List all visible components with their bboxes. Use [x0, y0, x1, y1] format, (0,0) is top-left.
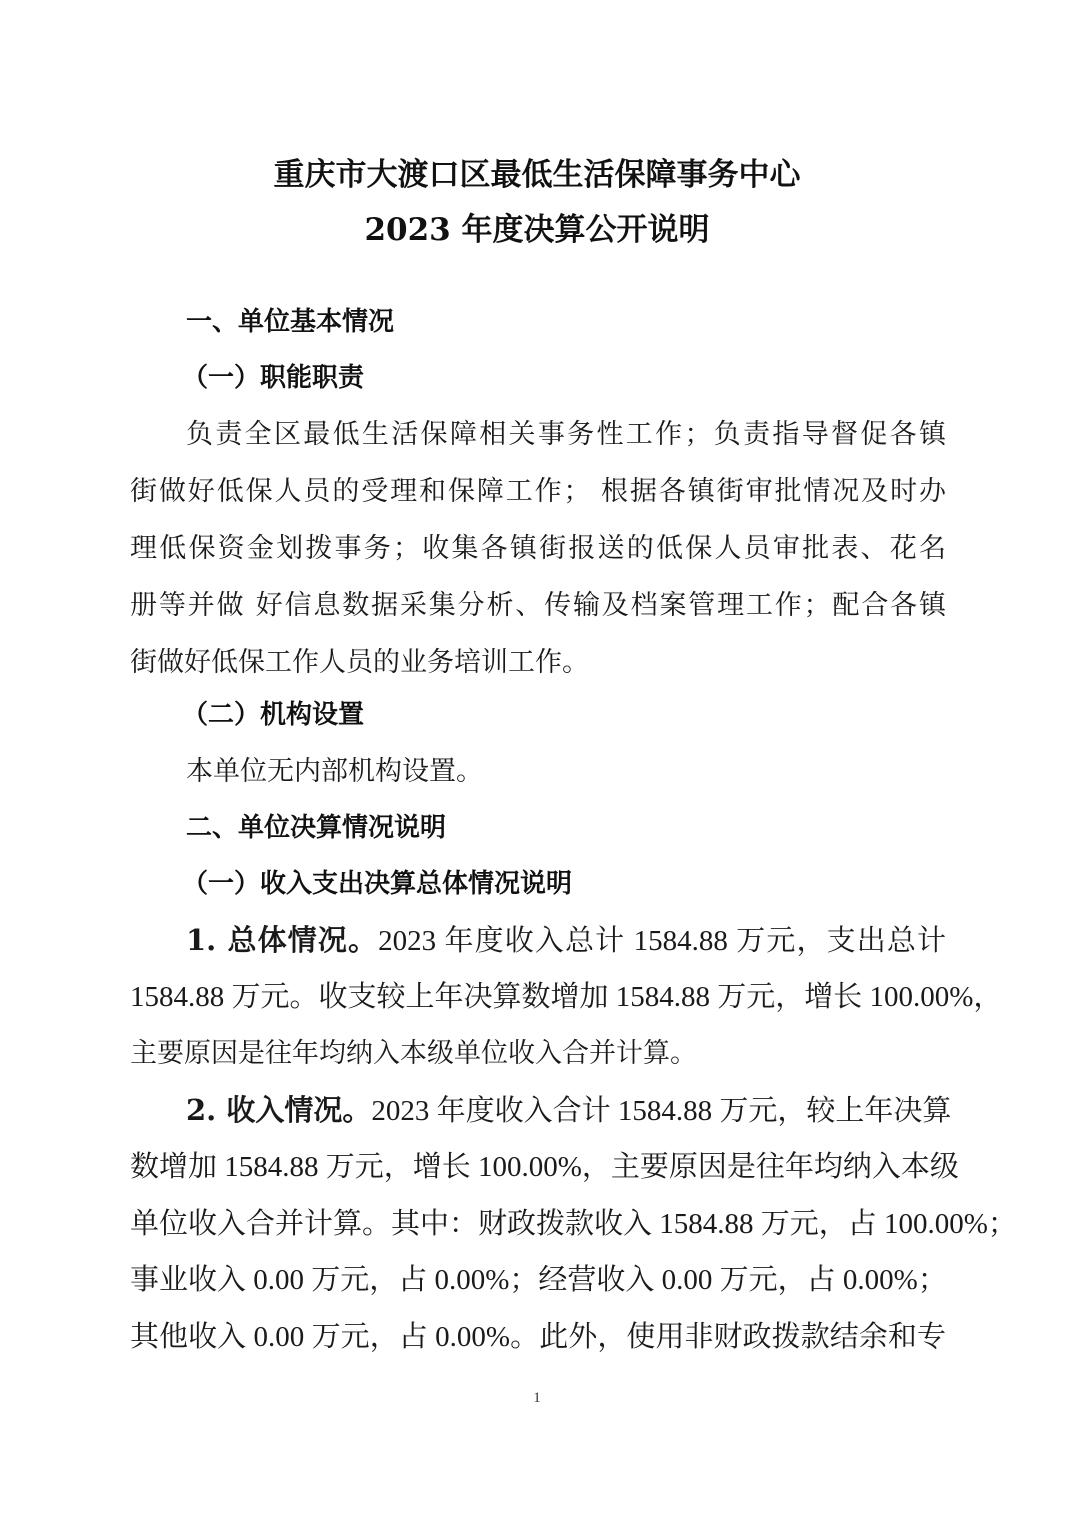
page-number: 1	[0, 1390, 1074, 1407]
paragraph-lead-overall: 1. 总体情况。	[186, 923, 378, 957]
document-title-line2: 2023 年度决算公开说明	[0, 210, 1074, 250]
paragraph-line: 2. 收入情况。2023 年度收入合计 1584.88 万元，较上年决算	[186, 1092, 946, 1129]
document-title-line1: 重庆市大渡口区最低生活保障事务中心	[0, 155, 1074, 195]
paragraph-line: 本单位无内部机构设置。	[186, 754, 946, 790]
paragraph-line: 街做好低保工作人员的业务培训工作。	[130, 645, 946, 681]
document-page: 重庆市大渡口区最低生活保障事务中心 2023 年度决算公开说明 一、单位基本情况…	[0, 0, 1074, 1520]
paragraph-line: 1584.88 万元。收支较上年决算数增加 1584.88 万元，增长 100.…	[130, 979, 946, 1015]
paragraph-line: 事业收入 0.00 万元，占 0.00%；经营收入 0.00 万元，占 0.00…	[130, 1262, 946, 1298]
paragraph-line: 1. 总体情况。2023 年度收入总计 1584.88 万元，支出总计	[186, 922, 946, 959]
paragraph-line: 单位收入合并计算。其中：财政拨款收入 1584.88 万元，占 100.00%；	[130, 1206, 946, 1242]
paragraph-line: 册等并做 好信息数据采集分析、传输及档案管理工作；配合各镇	[130, 588, 946, 624]
paragraph-line: 负责全区最低生活保障相关事务性工作；负责指导督促各镇	[186, 417, 946, 453]
subsection-heading-organization: （二）机构设置	[182, 697, 364, 733]
paragraph-line: 主要原因是往年均纳入本级单位收入合并计算。	[130, 1036, 946, 1072]
paragraph-line: 理低保资金划拨事务；收集各镇街报送的低保人员审批表、花名	[130, 531, 946, 567]
subsection-heading-income-expense-overview: （一）收入支出决算总体情况说明	[182, 866, 572, 902]
paragraph-line: 其他收入 0.00 万元，占 0.00%。此外，使用非财政拨款结余和专	[130, 1319, 946, 1355]
paragraph-line: 数增加 1584.88 万元，增长 100.00%，主要原因是往年均纳入本级	[130, 1149, 946, 1185]
subsection-heading-functions: （一）职能职责	[182, 360, 364, 396]
paragraph-line: 街做好低保人员的受理和保障工作； 根据各镇街审批情况及时办	[130, 474, 946, 510]
section-heading-basic-info: 一、单位基本情况	[186, 304, 394, 340]
section-heading-final-accounts: 二、单位决算情况说明	[186, 810, 446, 846]
paragraph-lead-income: 2. 收入情况。	[186, 1093, 371, 1127]
